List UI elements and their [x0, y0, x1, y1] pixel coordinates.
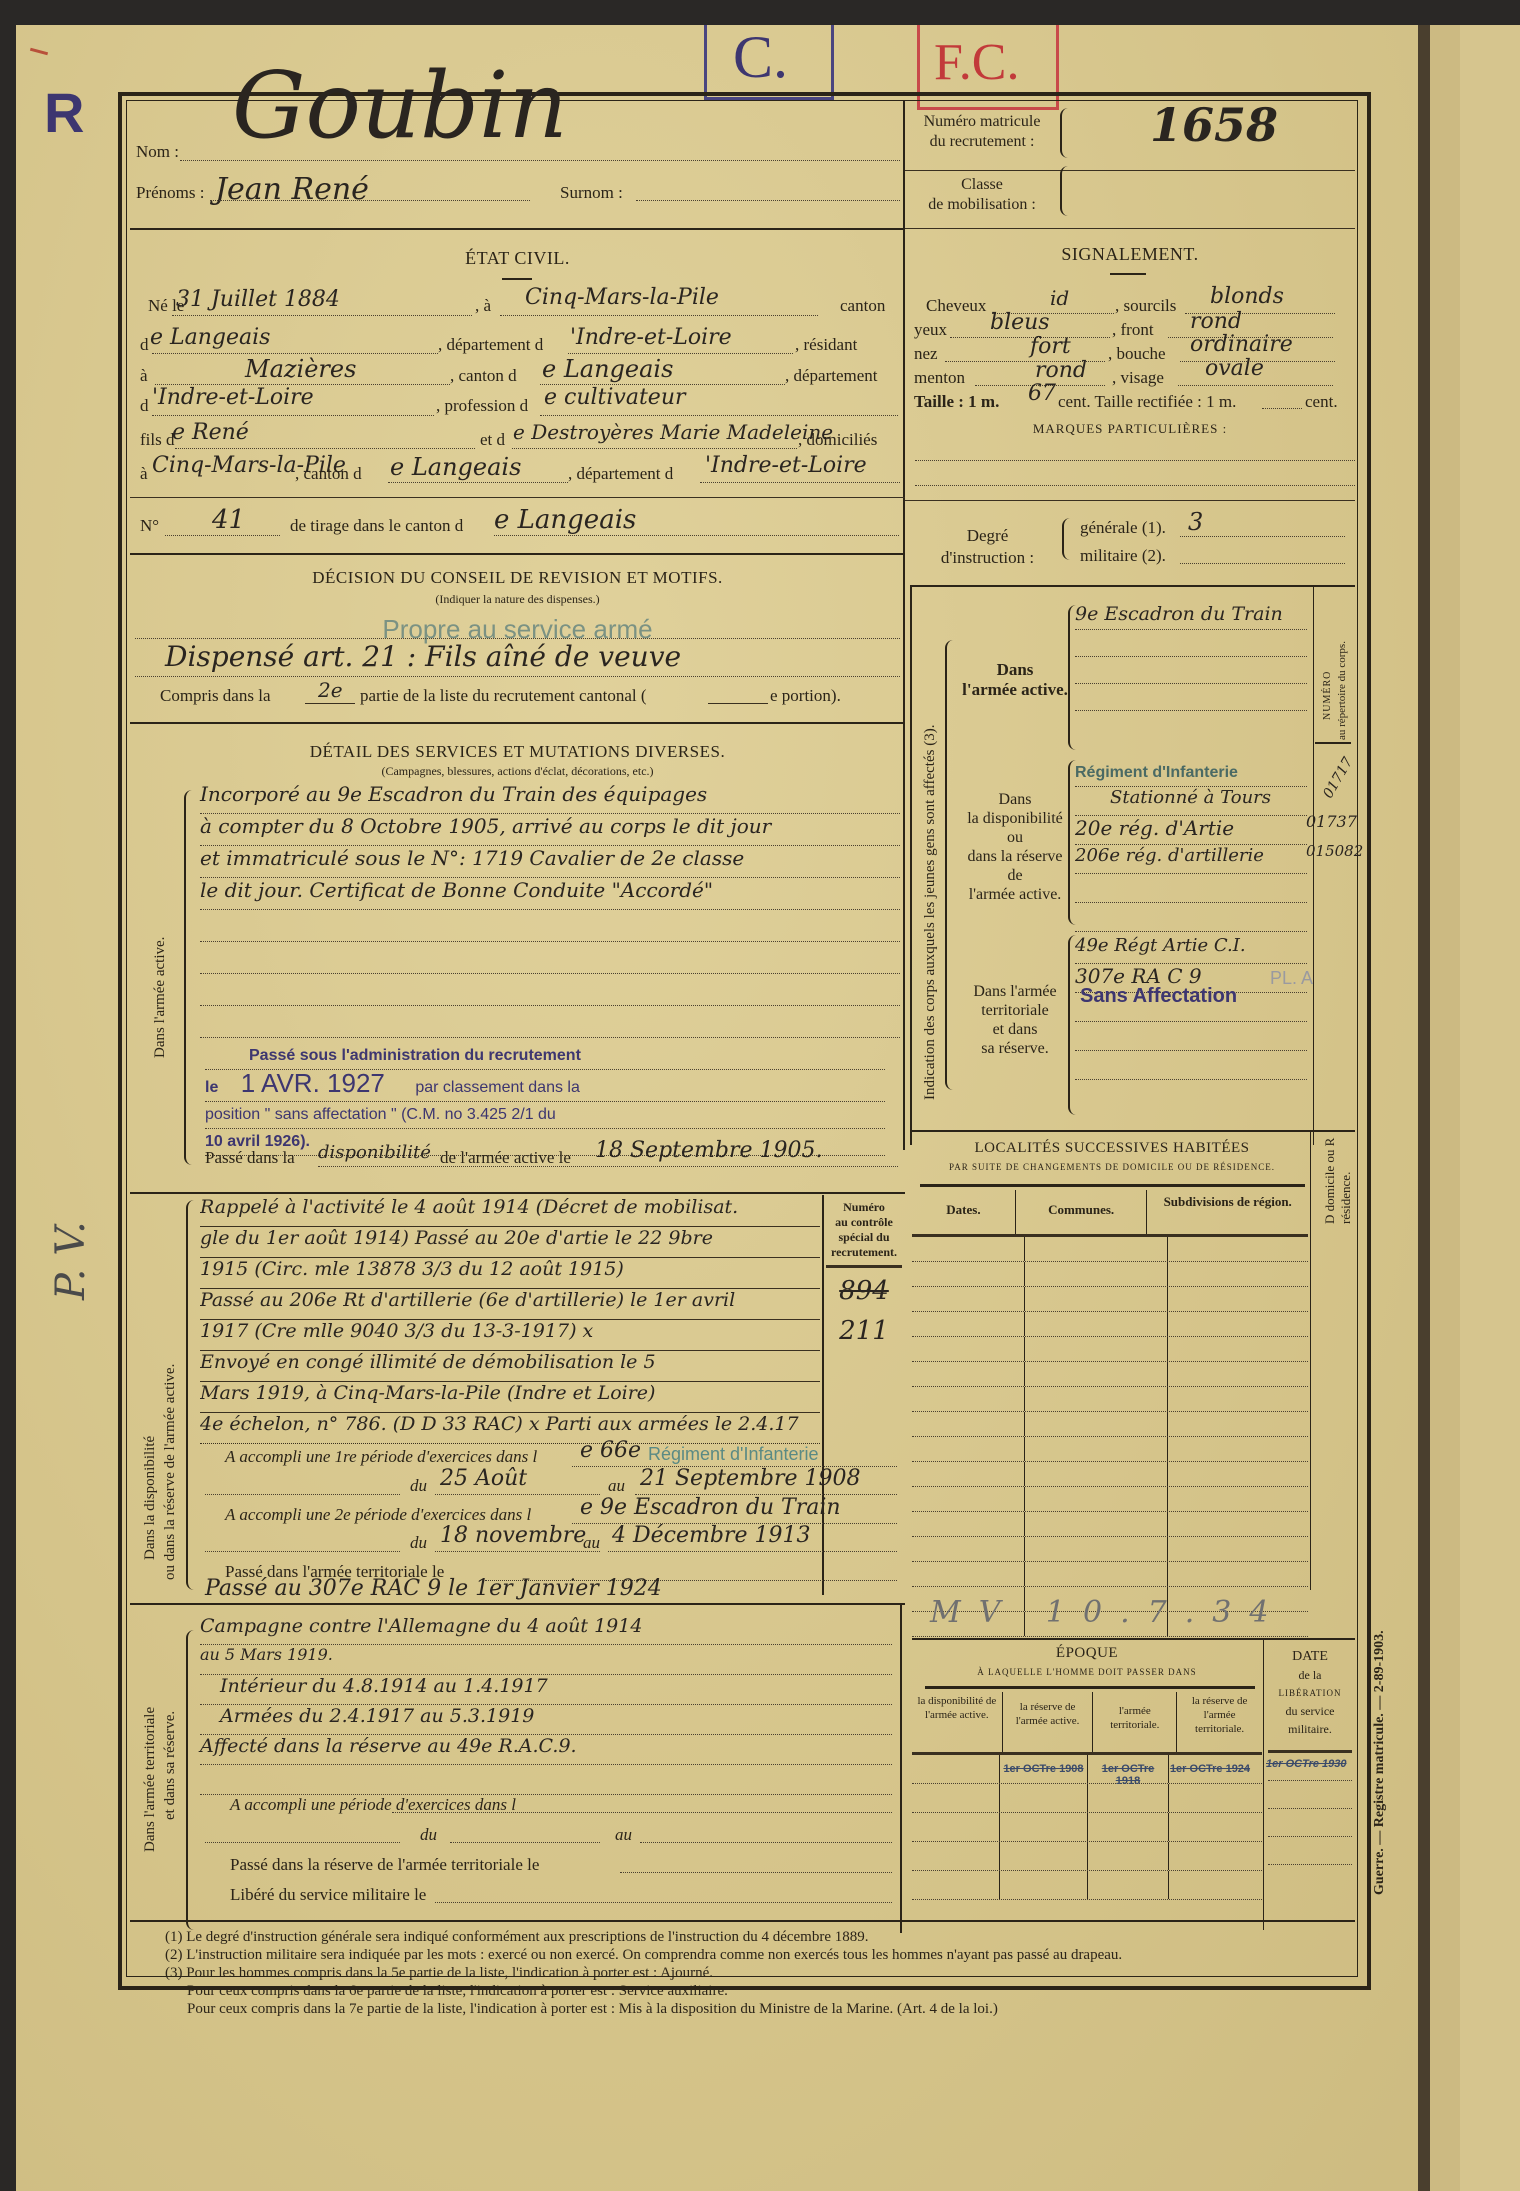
corps-bottom-divider: [910, 1130, 1355, 1132]
signalement-divider: [905, 500, 1355, 501]
liberation-value: 1er OCTre 1930: [1266, 1758, 1347, 1770]
and-of-label: et d: [480, 430, 505, 450]
page-edge: [1430, 25, 1460, 2191]
active-service-line: [200, 974, 900, 1006]
epoch-cell: [1000, 1842, 1088, 1870]
localities-cell: [1168, 1412, 1308, 1436]
localities-cell: [1168, 1387, 1308, 1411]
birth-canton-line: [152, 353, 438, 354]
localities-cell: [912, 1387, 1025, 1411]
epoch-liberation-divider: [1263, 1640, 1264, 1930]
classe-divider: [905, 228, 1355, 229]
birth-department-line: [568, 353, 793, 354]
localities-column-communes: Communes.: [1016, 1190, 1147, 1234]
localities-table: Dates. Communes. Subdivisions de région.: [912, 1190, 1308, 1637]
localities-cell: [912, 1562, 1025, 1586]
localities-cell: [1025, 1312, 1168, 1336]
decision-title: DÉCISION DU CONSEIL DE REVISION ET MOTIF…: [130, 568, 905, 588]
reserve-line: 1915 (Circ. mle 13878 3/3 du 12 août 191…: [200, 1258, 820, 1289]
liberation-header: DATE de la LIBÉRATION du service militai…: [1265, 1648, 1355, 1738]
epoch-cell: [1088, 1784, 1169, 1812]
territorial-lines: Campagne contre l'Allemagne du 4 août 19…: [200, 1615, 892, 1795]
territorial-line: Affecté dans la réserve au 49e R.A.C.9.: [200, 1735, 892, 1765]
territorial-vertical-label-1: Dans l'armée territoriale: [142, 1707, 159, 1852]
birth-department-value: 'Indre-et-Loire: [570, 325, 732, 350]
control-number-header-rule: [826, 1265, 902, 1268]
domicile-department-value: 'Indre-et-Loire: [705, 453, 867, 478]
draw-divider: [130, 553, 905, 555]
domicile-canton-line: [388, 482, 568, 483]
reserve-lines: Rappelé à l'activité le 4 août 1914 (Déc…: [200, 1196, 820, 1444]
profession-label: , profession d: [436, 396, 528, 416]
corps-number-header-1: NUMÉRO: [1322, 671, 1333, 720]
draw-canton-value: e Langeais: [494, 505, 636, 535]
corps-reserve-entries: Stationné à Tours 20e rég. d'Artie 206e …: [1075, 768, 1307, 932]
localities-column-dates: Dates.: [912, 1190, 1016, 1234]
administration-stamp-line2: le 1 AVR. 1927 par classement dans la: [205, 1070, 885, 1102]
surname-line: [180, 160, 900, 161]
active-service-line: et immatriculé sous le N°: 1719 Cavalier…: [200, 846, 900, 878]
epoch-cell: [912, 1784, 1000, 1812]
domicile-department-label: , département d: [568, 464, 673, 484]
reserve-line: 1917 (Cre mlle 9040 3/3 du 13-3-1917) x: [200, 1320, 820, 1351]
liberation-line-1: [1268, 1780, 1352, 1781]
active-service-line: [200, 942, 900, 974]
epoch-cell: [912, 1842, 1000, 1870]
next-page-margin: [1460, 25, 1520, 2191]
localities-row: [912, 1337, 1308, 1362]
residing-label: , résidant: [795, 335, 857, 355]
military-instruction-label: militaire (2).: [1080, 546, 1166, 566]
epoch-values-row: 1er OCTre 1908 1er OCTre 1918 1er OCTre …: [912, 1755, 1262, 1784]
list-part-label: Compris dans la: [160, 686, 271, 706]
epoch-value-availability: [912, 1755, 1000, 1783]
military-instruction-line: [1180, 563, 1345, 564]
general-instruction-label: générale (1).: [1080, 518, 1166, 538]
residence-canton-value: e Langeais: [542, 355, 673, 383]
canton-label: canton: [840, 296, 885, 316]
corps-territorial-label-line: et dans: [955, 1020, 1075, 1039]
corps-number-header-rule: [1315, 742, 1351, 744]
etat-civil-divider: [130, 497, 905, 498]
etat-civil-title-rule: [502, 278, 532, 280]
no-assignment-stamp: Sans Affectation: [1080, 985, 1237, 1008]
eyes-value: bleus: [990, 310, 1050, 335]
liberation-header-rule: [1268, 1750, 1352, 1753]
residence-department-prefix: d: [140, 396, 149, 416]
corps-reserve-label-line: ou: [955, 828, 1075, 847]
epoch-table: la disponibilité de l'armée active. la r…: [912, 1692, 1262, 1900]
domicile-canton-value: e Langeais: [390, 453, 521, 481]
mouth-value: ordinaire: [1190, 332, 1293, 357]
corps-reserve-label-line: de: [955, 866, 1075, 885]
discharge-label: Libéré du service militaire le: [230, 1885, 426, 1905]
profession-line: [540, 415, 898, 416]
epoch-title: ÉPOQUE: [912, 1645, 1262, 1662]
corps-reserve-label-line: Dans: [955, 790, 1075, 809]
localities-cell: [912, 1237, 1025, 1261]
active-section-divider: [130, 1192, 905, 1194]
territorial-line: [200, 1765, 892, 1795]
corps-territorial-label-line: Dans l'armée: [955, 982, 1075, 1001]
corps-reserve-label-line: la disponibilité: [955, 809, 1075, 828]
localities-side-divider: [1310, 1130, 1311, 1590]
signalement-title-rule: [1110, 273, 1146, 275]
period2-unit: e 9e Escadron du Train: [580, 1495, 841, 1520]
period2-to-label: au: [583, 1533, 600, 1553]
classe-label-line1: Classe: [912, 175, 1052, 195]
epoch-empty-row: [912, 1784, 1262, 1813]
active-services-lines: Incorporé au 9e Escadron du Train des éq…: [200, 782, 900, 1038]
localities-cell: [1168, 1562, 1308, 1586]
nickname-label: Surnom :: [560, 183, 623, 203]
eyebrows-value: blonds: [1210, 284, 1284, 309]
footnote-2: (2) L'instruction militaire sera indiqué…: [165, 1946, 1345, 1964]
residence-department-value: 'Indre-et-Loire: [152, 385, 314, 410]
localities-row: [912, 1487, 1308, 1512]
liberation-header-line: du service: [1265, 1702, 1355, 1720]
administration-stamp-classement: par classement dans la: [415, 1079, 580, 1096]
territorial-line: au 5 Mars 1919.: [200, 1645, 892, 1675]
territorial-reserve-line: [620, 1872, 892, 1873]
period2-from-label: du: [410, 1533, 427, 1553]
forehead-label: , front: [1112, 320, 1154, 340]
marks-line-2: [915, 485, 1355, 486]
localities-cell: [912, 1287, 1025, 1311]
height-rectified-cent: cent.: [1305, 392, 1338, 412]
list-part-line: [305, 703, 355, 704]
instruction-brace: [1062, 518, 1074, 560]
decision-value: Dispensé art. 21 : Fils aîné de veuve: [165, 640, 681, 673]
period2-label: A accompli une 2e période d'exercices da…: [225, 1505, 531, 1525]
nickname-line: [636, 200, 900, 201]
epoch-cell: [1000, 1784, 1088, 1812]
territorial-period-line: [392, 1812, 892, 1813]
localities-row: [912, 1437, 1308, 1462]
list-part-value: 2e: [318, 678, 343, 702]
period2-to-value: 4 Décembre 1913: [612, 1523, 810, 1548]
localities-cell: [1025, 1562, 1168, 1586]
localities-cell: [912, 1262, 1025, 1286]
active-service-line: [200, 1006, 900, 1038]
corps-active-entry: 9e Escadron du Train: [1075, 603, 1307, 630]
draw-canton-label: de tirage dans le canton d: [290, 516, 463, 536]
residence-prefix: à: [140, 366, 148, 386]
reserve-line: gle du 1er août 1914) Passé au 20e d'art…: [200, 1227, 820, 1258]
localities-cell: [1168, 1262, 1308, 1286]
passed-reserve-value: disponibilité: [318, 1142, 431, 1163]
hair-label: Cheveux: [926, 296, 986, 316]
liberation-line-2: [1268, 1808, 1352, 1809]
birth-canton-value: e Langeais: [150, 325, 270, 350]
first-names-label: Prénoms :: [136, 183, 204, 203]
localities-cell: [1168, 1487, 1308, 1511]
administration-stamp-line3: position " sans affectation " (C.M. no 3…: [205, 1102, 885, 1129]
face-line: [1178, 385, 1333, 386]
father-value: e René: [172, 420, 249, 445]
passed-reserve-suffix: de l'armée active le: [440, 1148, 571, 1168]
period1-to-value: 21 Septembre 1908: [640, 1466, 860, 1491]
period2-pre-line: [205, 1551, 400, 1552]
epoch-cell: [912, 1813, 1000, 1841]
localities-row: [912, 1512, 1308, 1537]
corps-reserve-entry: 206e rég. d'artillerie: [1075, 845, 1307, 874]
reserve-line: Envoyé en congé illimité de démobilisati…: [200, 1351, 820, 1382]
marks-line-1: [915, 460, 1355, 461]
localities-row: [912, 1262, 1308, 1287]
residence-department-line: [152, 415, 434, 416]
liberation-line-4: [1268, 1864, 1352, 1865]
eyebrows-label: , sourcils: [1115, 296, 1176, 316]
height-rectified-label: cent. Taille rectifiée : 1 m.: [1058, 392, 1236, 412]
localities-subtitle: PAR SUITE DE CHANGEMENTS DE DOMICILE OU …: [912, 1162, 1312, 1172]
period2-from-value: 18 novembre: [440, 1523, 586, 1548]
localities-row: [912, 1562, 1308, 1587]
corps-reserve-entry: 20e rég. d'Artie: [1075, 816, 1307, 845]
height-value: 67: [1028, 381, 1056, 406]
localities-cell: [1025, 1412, 1168, 1436]
epoch-cell: [1000, 1871, 1088, 1899]
corps-reserve-number-2: 01737: [1306, 812, 1357, 831]
localities-header-row: Dates. Communes. Subdivisions de région.: [912, 1190, 1308, 1237]
surname-label: Nom :: [136, 142, 179, 162]
matricule-value: 1658: [1150, 98, 1278, 152]
domicile-canton-label: , canton d: [295, 464, 362, 484]
residence-canton-label: , canton d: [450, 366, 517, 386]
matricule-label: Numéro matricule du recrutement :: [912, 112, 1052, 152]
mother-line: [512, 448, 797, 449]
matricule-divider: [905, 170, 1355, 171]
classe-label-line2: de mobilisation :: [912, 195, 1052, 215]
passed-reserve-label: Passé dans la: [205, 1148, 295, 1168]
profession-value: e cultivateur: [544, 385, 686, 410]
localities-cell: [1025, 1387, 1168, 1411]
first-names-line: [210, 200, 530, 201]
services-title: DÉTAIL DES SERVICES ET MUTATIONS DIVERSE…: [130, 742, 905, 762]
draw-number-value: 41: [212, 505, 245, 535]
reserve-brace: [186, 1200, 198, 1590]
localities-cell: [1025, 1287, 1168, 1311]
draw-canton-line: [494, 535, 899, 536]
epoch-title-rule: [925, 1686, 1255, 1689]
epoch-header-row: la disponibilité de l'armée active. la r…: [912, 1692, 1262, 1755]
faded-stamp: PL. A: [1270, 968, 1313, 989]
localities-cell: [1168, 1312, 1308, 1336]
general-instruction-value: 3: [1188, 508, 1203, 536]
corps-left-border: [910, 585, 912, 1145]
face-label: , visage: [1112, 368, 1164, 388]
territorial-period-to-label: au: [615, 1825, 632, 1845]
surname-value: Goubin: [232, 60, 568, 152]
corps-active-label-line: Dans: [955, 660, 1075, 680]
territorial-vertical-label-2: et dans sa réserve.: [162, 1711, 179, 1820]
epoch-empty-row: [912, 1842, 1262, 1871]
corps-number-divider: [1313, 585, 1314, 1145]
epoch-cell: [1088, 1813, 1169, 1841]
period2-to-line: [608, 1551, 897, 1552]
localities-cell: [912, 1512, 1025, 1536]
father-line: [175, 448, 475, 449]
domicile-prefix: à: [140, 464, 148, 484]
corps-reserve-entry: [1075, 903, 1307, 932]
control-number-old: 894: [826, 1276, 902, 1306]
control-number-header-line: Numéro: [824, 1200, 904, 1215]
domiciled-label: , domiciliés: [798, 430, 877, 450]
localities-row: [912, 1362, 1308, 1387]
passed-reserve-date: 18 Septembre 1905.: [595, 1138, 822, 1163]
domicile-department-line: [700, 482, 900, 483]
general-instruction-line: [1180, 536, 1345, 537]
corps-reserve-entry: [1075, 874, 1307, 903]
territorial-line: Armées du 2.4.1917 au 5.3.1919: [200, 1705, 892, 1735]
cm-stamp-text: C.: [733, 23, 788, 92]
localities-row: [912, 1537, 1308, 1562]
margin-annotation: P. V.: [48, 1221, 94, 1300]
portion-suffix: e portion).: [770, 686, 841, 706]
services-subtitle: (Campagnes, blessures, actions d'éclat, …: [130, 764, 905, 779]
period1-pre-line: [205, 1494, 400, 1495]
mouth-label: , bouche: [1108, 344, 1166, 364]
son-of-label: fils d: [140, 430, 174, 450]
reserve-section-divider: [130, 1603, 905, 1605]
epoch-cell: [1169, 1784, 1251, 1812]
localities-body: [912, 1237, 1308, 1637]
localities-row: [912, 1387, 1308, 1412]
eyes-label: yeux: [914, 320, 947, 340]
mother-value: e Destroyères Marie Madeleine: [513, 420, 833, 444]
birth-date-value: 31 Juillet 1884: [176, 287, 340, 312]
liberation-header-line: DATE: [1265, 1648, 1355, 1666]
epoch-column-territorial-reserve: la réserve de l'armée territoriale.: [1177, 1692, 1262, 1752]
footnote-1: (1) Le degré d'instruction générale sera…: [165, 1928, 1345, 1946]
liberation-header-line: LIBÉRATION: [1265, 1684, 1355, 1702]
epoch-cell: [1088, 1842, 1169, 1870]
localities-cell: [1025, 1362, 1168, 1386]
footnote-5: Pour ceux compris dans la 7e partie de l…: [165, 2000, 1345, 2018]
territorial-period-to-line: [640, 1842, 892, 1843]
epoch-column-territorial: l'armée territoriale.: [1093, 1692, 1177, 1752]
localities-cell: [1025, 1337, 1168, 1361]
residence-department-label: , département: [785, 366, 878, 386]
classe-label: Classe de mobilisation :: [912, 175, 1052, 215]
decision-line-2: [135, 676, 900, 677]
classe-brace: [1060, 166, 1072, 216]
footnote-3: (3) Pour les hommes compris dans la 5e p…: [165, 1964, 1345, 1982]
localities-column-subdivisions: Subdivisions de région.: [1147, 1190, 1308, 1234]
corps-reserve-entry: Stationné à Tours: [1075, 787, 1307, 816]
territorial-brace: [186, 1630, 198, 1930]
epoch-value-territorial-reserve: 1er OCTre 1924: [1169, 1755, 1251, 1783]
localities-row: [912, 1237, 1308, 1262]
corps-reserve-label-line: l'armée active.: [955, 885, 1075, 904]
localities-cell: [1025, 1487, 1168, 1511]
corps-reserve-stamp-line: [1075, 768, 1307, 787]
localities-row: [912, 1462, 1308, 1487]
footnote-4: Pour ceux compris dans la 6e partie de l…: [165, 1982, 1345, 2000]
localities-cell: [912, 1362, 1025, 1386]
liberation-header-line: de la: [1265, 1666, 1355, 1684]
first-names-value: Jean René: [215, 172, 369, 207]
localities-cell: [912, 1412, 1025, 1436]
period2-from-line: [435, 1551, 600, 1552]
localities-side-header: D domicile ou R résidence.: [1322, 1134, 1354, 1224]
face-value: ovale: [1205, 356, 1264, 381]
localities-bottom-divider: [912, 1638, 1355, 1640]
localities-cell: [912, 1487, 1025, 1511]
corps-territorial-entry: [1075, 1022, 1307, 1051]
control-number-header-line: recrutement.: [824, 1245, 904, 1260]
epoch-cell: [1169, 1871, 1251, 1899]
decision-line-1: [135, 638, 900, 639]
active-army-brace: [184, 790, 196, 1165]
period1-from-label: du: [410, 1476, 427, 1496]
canton-prefix: d: [140, 335, 149, 355]
active-service-line: [200, 910, 900, 942]
birth-department-label: , département d: [438, 335, 543, 355]
reserve-line: Rappelé à l'activité le 4 août 1914 (Déc…: [200, 1196, 820, 1227]
territorial-period-pre-line: [205, 1842, 400, 1843]
epoch-column-active-reserve: la réserve de l'armée active.: [1003, 1692, 1094, 1752]
localities-cell: [912, 1337, 1025, 1361]
localities-cell: [1168, 1287, 1308, 1311]
instruction-divider: [910, 585, 1355, 587]
reserve-vertical-label-1: Dans la disponibilité: [142, 1436, 159, 1560]
birth-place-value: Cinq-Mars-la-Pile: [525, 285, 719, 310]
matricule-label-line1: Numéro matricule: [912, 112, 1052, 132]
epoch-cell: [1000, 1813, 1088, 1841]
active-service-line: à compter du 8 Octobre 1905, arrivé au c…: [200, 814, 900, 846]
corps-reserve-label: Dans la disponibilité ou dans la réserve…: [955, 790, 1075, 904]
reserve-line: 4e échelon, n° 786. (D D 33 RAC) x Parti…: [200, 1413, 820, 1444]
epoch-empty-row: [912, 1871, 1262, 1900]
localities-cell: [912, 1537, 1025, 1561]
instruction-label: Degré d'instruction :: [915, 525, 1060, 569]
localities-cell: [1168, 1537, 1308, 1561]
birth-place-line: [500, 315, 818, 316]
nose-value: fort: [1030, 334, 1071, 359]
localities-title-rule: [920, 1184, 1305, 1187]
control-number-current: 211: [826, 1316, 902, 1346]
corps-territorial-label-line: territoriale: [955, 1001, 1075, 1020]
localities-cell: [1025, 1512, 1168, 1536]
reserve-line: Passé au 206e Rt d'artillerie (6e d'arti…: [200, 1289, 820, 1320]
residence-value: Mazières: [245, 355, 356, 383]
localities-cell: [912, 1462, 1025, 1486]
corps-reserve-label-line: dans la réserve: [955, 847, 1075, 866]
corps-reserve-number-3: 015082: [1306, 842, 1363, 860]
footnotes: (1) Le degré d'instruction générale sera…: [165, 1928, 1345, 2018]
epoch-value-territorial: 1er OCTre 1918: [1088, 1755, 1169, 1783]
corps-active-label-line: l'armée active.: [955, 680, 1075, 700]
administration-stamp-le: le: [205, 1079, 218, 1096]
administration-stamp-date: 1 AVR. 1927: [241, 1068, 385, 1098]
instruction-label-line1: Degré: [915, 525, 1060, 547]
decision-subtitle: (Indiquer la nature des dispenses.): [130, 592, 905, 607]
localities-cell: [1168, 1237, 1308, 1261]
hair-value: id: [1050, 286, 1069, 310]
epoch-column-availability: la disponibilité de l'armée active.: [912, 1692, 1003, 1752]
etat-civil-title: ÉTAT CIVIL.: [130, 248, 905, 269]
birth-place-label: , à: [475, 296, 491, 316]
liberation-header-line: militaire.: [1265, 1720, 1355, 1738]
period1-from-value: 25 Août: [440, 1466, 527, 1491]
margin-letter-stamp: R: [44, 80, 84, 145]
corps-number-header-2: au répertoire du corps.: [1336, 641, 1348, 740]
territorial-period-from-label: du: [420, 1825, 437, 1845]
liberation-line-3: [1268, 1836, 1352, 1837]
localities-cell: [1168, 1337, 1308, 1361]
corps-active-label: Dans l'armée active.: [955, 660, 1075, 700]
